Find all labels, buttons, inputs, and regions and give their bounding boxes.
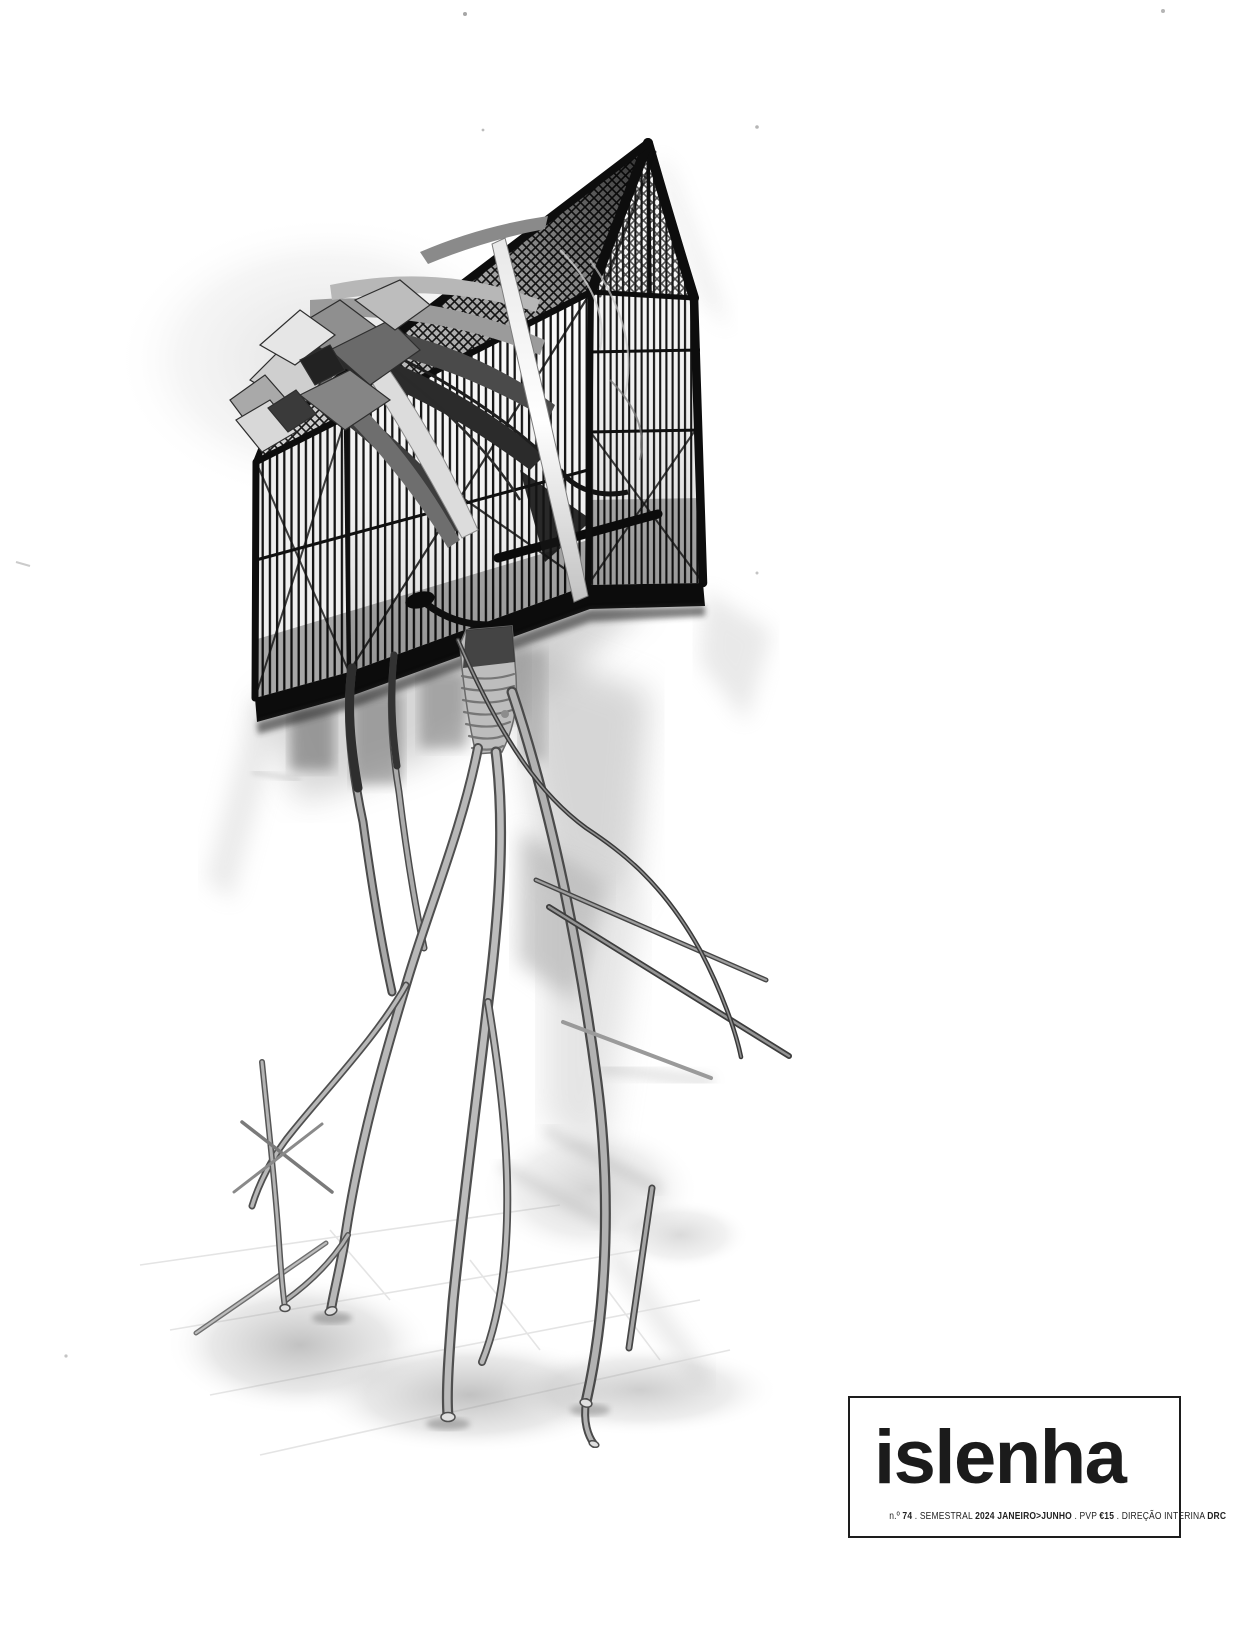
magazine-title: islenha <box>874 1420 1179 1496</box>
logo-box: islenha n.º 74 . SEMESTRAL 2024 JANEIRO>… <box>848 1396 1181 1538</box>
issue-info-line: n.º 74 . SEMESTRAL 2024 JANEIRO>JUNHO . … <box>874 1500 1133 1533</box>
issue-line-segment: . PVP <box>1072 1511 1099 1522</box>
issue-line-segment: n.º <box>889 1511 902 1522</box>
issue-line-segment: €15 <box>1099 1511 1114 1522</box>
issue-line-segment: 74 <box>902 1511 912 1522</box>
issue-line-segment: . DIREÇÃO INTERINA <box>1114 1511 1207 1522</box>
issue-line-segment: . SEMESTRAL <box>912 1511 975 1522</box>
issue-line-segment: 2024 JANEIRO>JUNHO <box>975 1511 1072 1522</box>
magazine-cover: islenha n.º 74 . SEMESTRAL 2024 JANEIRO>… <box>0 0 1250 1633</box>
issue-line-segment: DRC <box>1207 1511 1226 1522</box>
cover-photo-artwork <box>0 0 1250 1633</box>
